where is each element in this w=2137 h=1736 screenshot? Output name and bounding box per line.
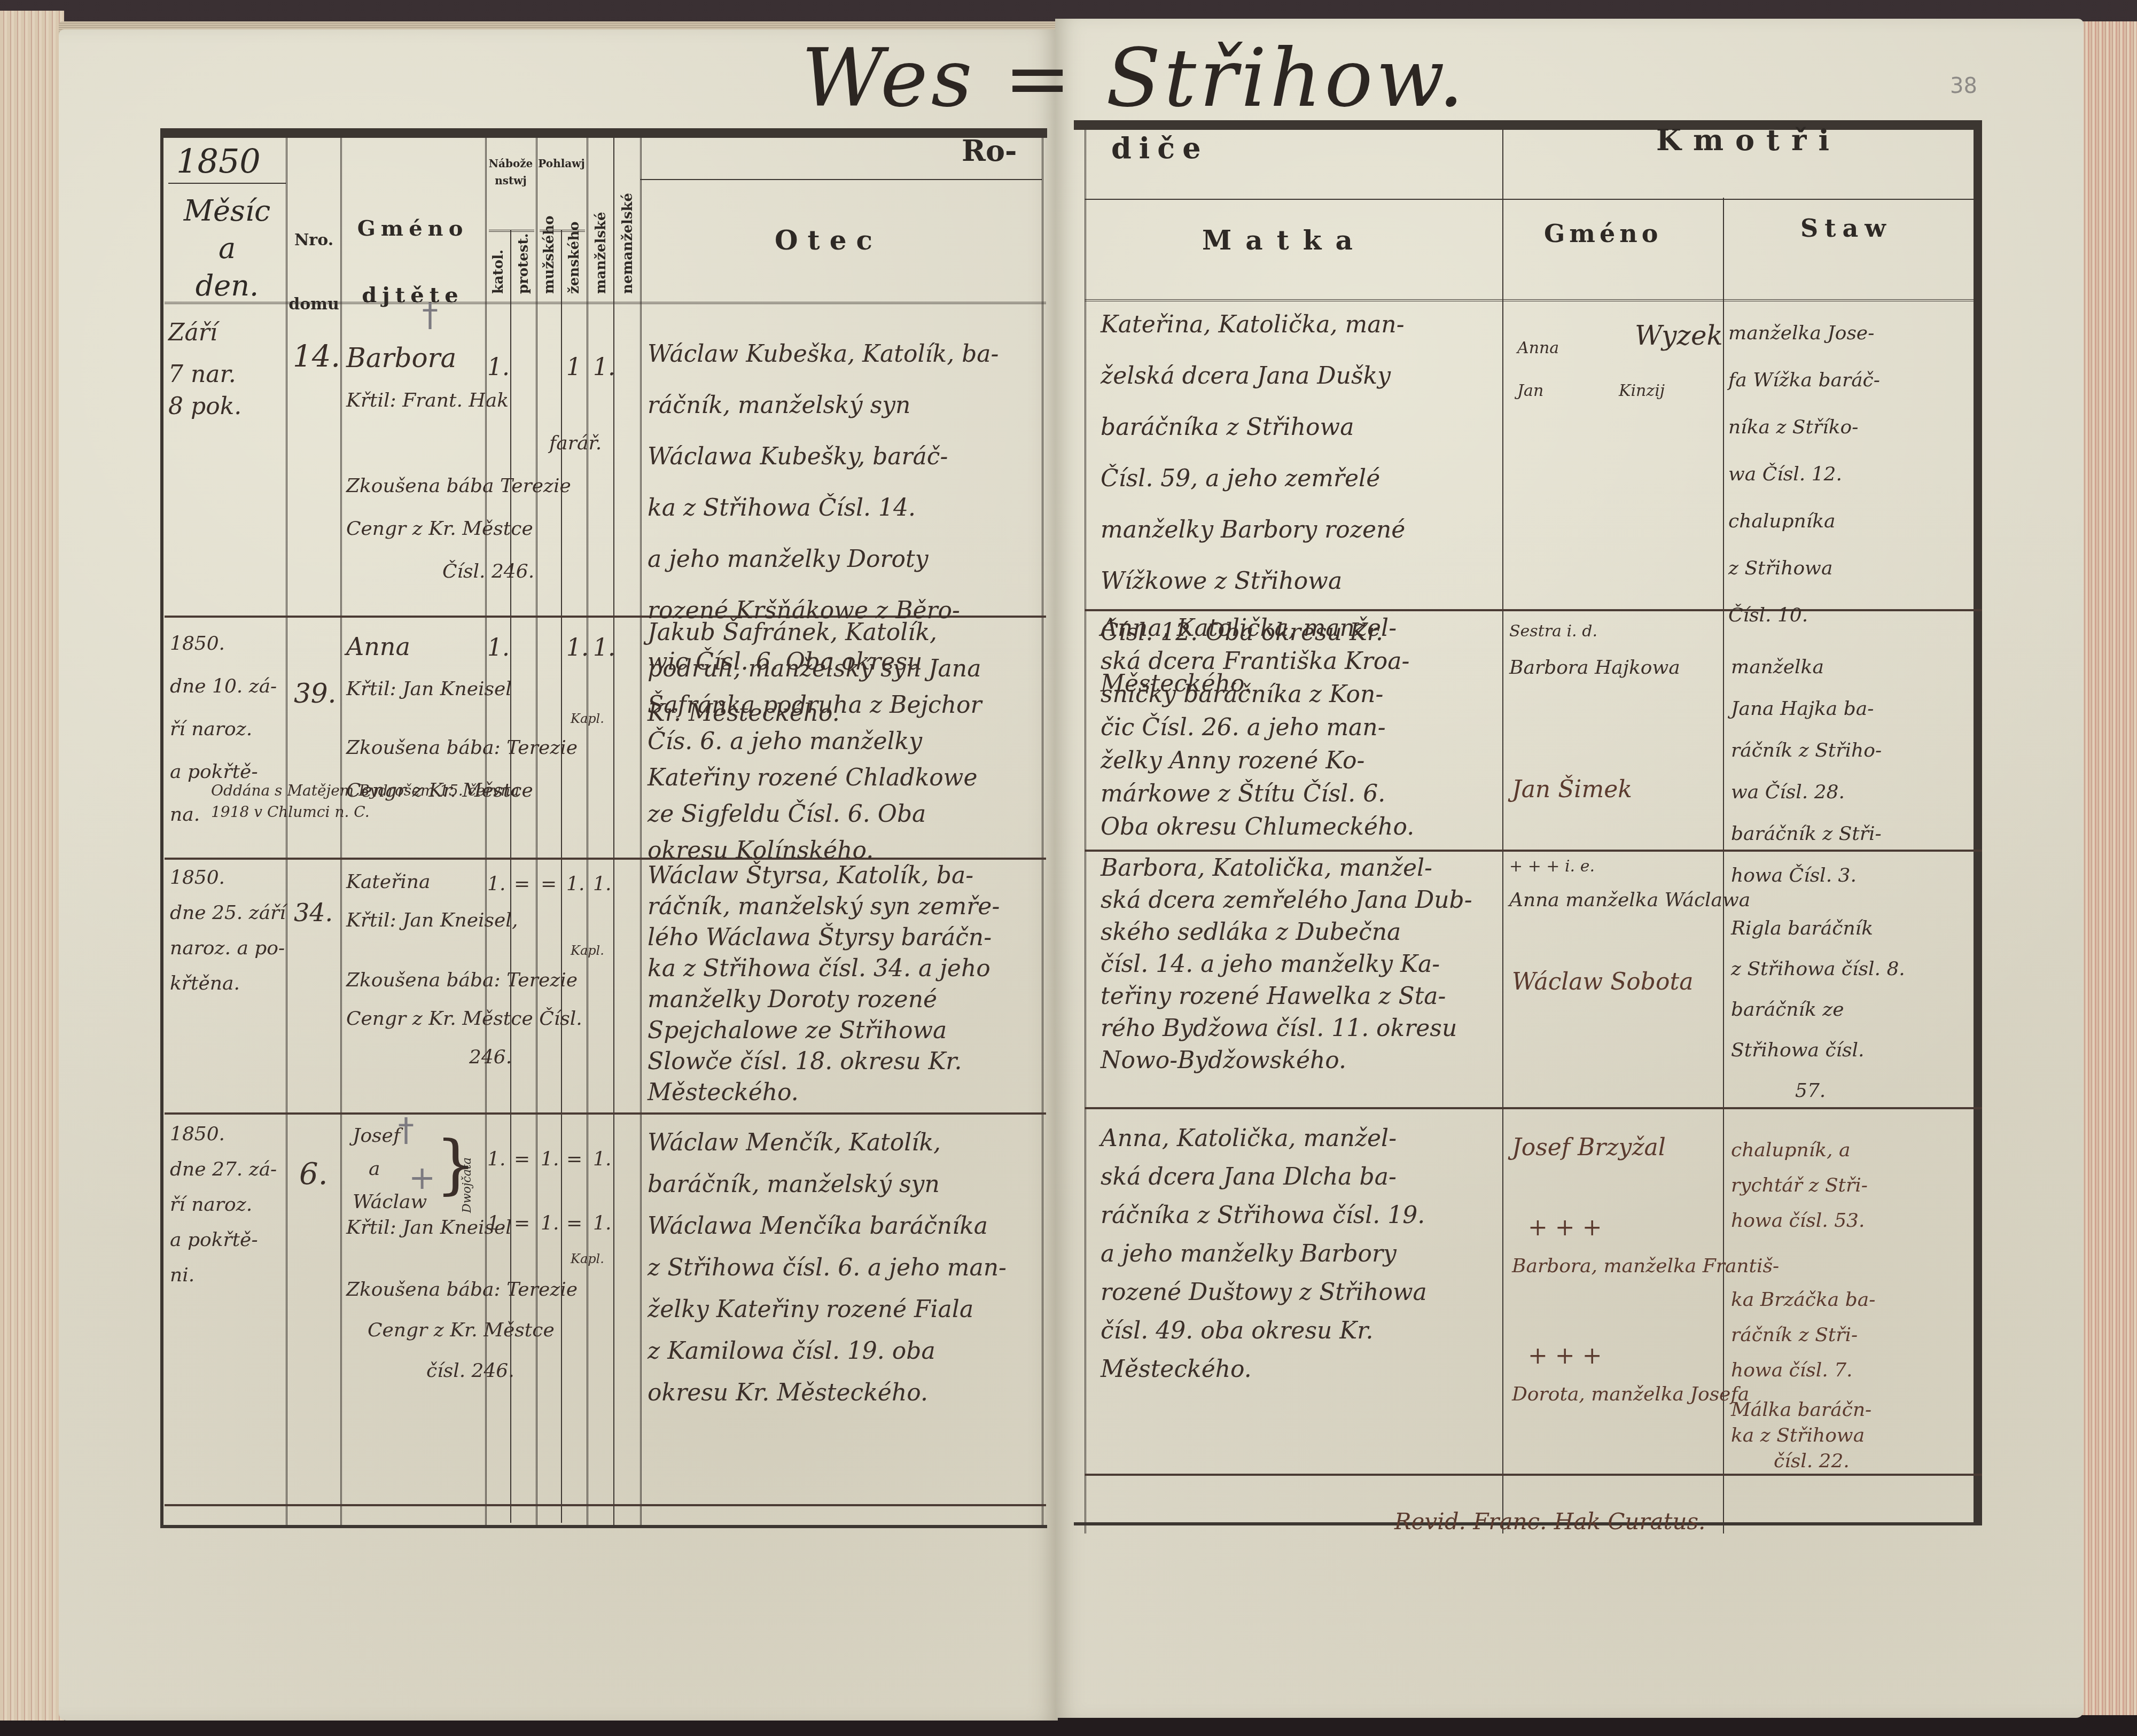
mark: =	[514, 1192, 530, 1256]
status-line: čísl. 22.	[1731, 1449, 1871, 1474]
child-line: Křtil: Jan Kneisel,	[346, 901, 604, 940]
status-line: z Střihowa čísl. 8.	[1731, 949, 1905, 990]
entry-2-mark-katol: 1.	[487, 622, 510, 674]
child-line: Zkoušena bába: Terezie	[346, 961, 604, 1000]
child-line: Křtil: Jan Kneisel	[346, 668, 604, 711]
father-line: z Kamilowa čísl. 19. oba	[648, 1330, 1007, 1372]
status-line: wa Čísl. 28.	[1731, 772, 1882, 813]
date-line: ni.	[170, 1258, 277, 1293]
father-line: Wáclawa Menčíka baráčníka	[648, 1205, 1007, 1247]
father-line: Wáclaw Kubeška, Katolík, ba-	[648, 329, 999, 380]
header-divider	[1085, 199, 1982, 200]
status-line: Málka baráčn-	[1731, 1397, 1871, 1423]
father-line: a jeho manželky Doroty	[648, 534, 999, 585]
entry-1-godparent-surname: Wyzek	[1635, 310, 1723, 361]
mother-line: čísl. 14. a jeho manželky Ka-	[1101, 948, 1472, 980]
header-text: Měsíc	[174, 192, 280, 230]
header-godparent-name: Gméno	[1544, 219, 1662, 248]
child-line: Čísl. 246.	[346, 550, 602, 593]
mother-line: Anna, Katolička, manžel-	[1101, 612, 1414, 645]
entry-4-father: Wáclaw Menčík, Katolík, baráčník, manžel…	[648, 1122, 1007, 1414]
entry-4-godparent-status-1: chalupník, a rychtář z Stři- howa čísl. …	[1731, 1133, 1868, 1239]
father-line: Šafránka podruha z Bejchor	[648, 687, 982, 723]
entry-4-mark-protest: = =	[514, 1127, 530, 1256]
mother-line: ská dcera Jana Dlcha ba-	[1101, 1158, 1427, 1196]
status-line: baráčník ze	[1731, 990, 1905, 1030]
child-line: Kapl.	[346, 1248, 604, 1270]
entry-2-father: Jakub Šafránek, Katolík, podruh, manžels…	[648, 614, 982, 869]
father-line: podruh, manželský syn Jana	[648, 651, 982, 687]
child-line: farář.	[346, 422, 602, 465]
entry-3-mark-manz: 1.	[593, 863, 611, 906]
entry-separator	[165, 1112, 1046, 1115]
child-line: Křtil: Frant. Hak	[346, 379, 602, 422]
entry-4-mark-muz: 1. 1.	[541, 1127, 559, 1256]
date-line: naroz. a po-	[170, 931, 286, 966]
header-parents-left: Ro-	[962, 134, 1017, 168]
mother-line: sničky baráčníka z Kon-	[1101, 678, 1414, 711]
status-line: fa Wížka baráč-	[1728, 357, 1880, 404]
mother-line: želská dcera Jana Dušky	[1101, 351, 1405, 402]
header-child-name: Gméno djtěte	[342, 195, 483, 329]
child-line: Kapl.	[346, 940, 604, 961]
entry-2-mother: Anna, Katolička, manžel- ská dcera Frant…	[1101, 612, 1414, 844]
status-line: níka z Stříko-	[1728, 404, 1880, 451]
status-line: chalupníka	[1728, 498, 1880, 545]
father-line: Spejchalowe ze Střihowa	[648, 1015, 1000, 1046]
father-line: Kateřiny rozené Chladkowe	[648, 760, 982, 796]
entry-4-twins-label: Dwojčata	[461, 1122, 474, 1213]
header-godparent-status: Staw	[1800, 214, 1892, 243]
father-line: Wáclaw Štyrsa, Katolík, ba-	[648, 860, 1000, 891]
page-title-place: Střihow.	[1106, 32, 1467, 125]
father-line: Slowče čísl. 18. okresu Kr.	[648, 1046, 1000, 1077]
entry-1-mark-katol: 1.	[487, 342, 510, 393]
entry-1-house: 14.	[293, 331, 340, 383]
child-line: Cengr z Kr. Městce Čísl.	[346, 1000, 604, 1038]
date-line: 1850.	[170, 622, 277, 665]
header-divider	[640, 179, 1042, 180]
header-catholic: katol.	[490, 240, 506, 294]
header-date-label: Měsíc a den.	[174, 192, 280, 305]
father-line: z Střihowa čísl. 6. a jeho man-	[648, 1247, 1007, 1289]
child-name: Josef	[353, 1119, 427, 1153]
column-divider	[1723, 198, 1724, 1533]
header-legitimate: manželské	[593, 224, 609, 294]
date-line: 1850.	[170, 860, 286, 896]
mother-line: čísl. 49. oba okresu Kr.	[1101, 1312, 1427, 1350]
mother-line: Anna, Katolička, manžel-	[1101, 1119, 1427, 1158]
mother-line: Nowo-Bydžowského.	[1101, 1045, 1472, 1077]
mark: 1.	[541, 1192, 559, 1256]
column-divider	[1502, 128, 1503, 1533]
mark: =	[566, 1127, 582, 1192]
entry-1-godparent-first-2: Jan	[1517, 374, 1543, 408]
entry-4-child-details: Křtil: Jan Kneisel Kapl. Zkoušena bába: …	[346, 1208, 604, 1391]
child-line: Cengr z Kr. Městce	[346, 508, 602, 550]
mother-line: ská dcera Františka Kroa-	[1101, 645, 1414, 678]
entry-3-godparent-1: Anna manželka Wáclawa	[1509, 879, 1750, 922]
father-line: ráčník, manželský syn zemře-	[648, 891, 1000, 922]
mother-line: Čísl. 59, a jeho zemřelé	[1101, 453, 1405, 504]
mother-line: Barbora, Katolička, manžel-	[1101, 852, 1472, 884]
header-illegitimate: nemanželské	[620, 214, 636, 294]
entry-4-house: 6.	[299, 1149, 327, 1200]
mother-line: márkowe z Štítu Čísl. 6.	[1101, 777, 1414, 811]
child-name: Barbora	[346, 337, 602, 379]
header-text: Gméno	[342, 195, 483, 262]
date-line: Září	[168, 307, 241, 359]
entry-3-date: 1850. dne 25. září naroz. a po- křtěna.	[170, 860, 286, 1001]
entry-3-mark-zen: 1.	[566, 863, 584, 906]
entry-2-mark-manz: 1.	[593, 622, 615, 674]
entry-4-godparent-3: Dorota, manželka Josefa	[1512, 1373, 1749, 1416]
page-title-village: Wes =	[801, 32, 1074, 125]
status-line: Střihowa čísl.	[1731, 1030, 1905, 1071]
status-line: ka z Střihowa	[1731, 1423, 1871, 1449]
entry-3-mark-protest: =	[514, 863, 530, 906]
entry-1-date: Září 7 nar. 8 pok.	[168, 307, 241, 423]
status-line: chalupník, a	[1731, 1133, 1868, 1168]
status-line: wa Čísl. 12.	[1728, 451, 1880, 498]
child-line: Zkoušena bába: Terezie	[346, 1270, 604, 1310]
status-line: howa čísl. 7.	[1731, 1353, 1875, 1388]
date-line: křtěna.	[170, 966, 286, 1001]
child-line: Zkoušena bába: Terezie	[346, 727, 604, 769]
page-number: 38	[1950, 74, 1977, 98]
entry-4-godparent-status-3: Málka baráčn- ka z Střihowa čísl. 22.	[1731, 1397, 1871, 1474]
date-line: ří naroz.	[170, 1187, 277, 1223]
status-line: rychtář z Stři-	[1731, 1168, 1868, 1203]
header-year: 1850	[176, 142, 261, 181]
status-line: ráčník z Střiho-	[1731, 730, 1882, 772]
mother-line: rého Bydžowa čísl. 11. okresu	[1101, 1013, 1472, 1045]
child-line: Kapl.	[346, 711, 604, 727]
child-name: Kateřina	[346, 863, 604, 901]
mother-line: rozené Duštowy z Střihowa	[1101, 1273, 1427, 1312]
status-line: z Střihowa	[1728, 545, 1880, 592]
entry-4-mother: Anna, Katolička, manžel- ská dcera Jana …	[1101, 1119, 1427, 1389]
header-godparents: Kmotři	[1656, 123, 1841, 157]
header-female: ženského	[566, 235, 582, 294]
header-text: domu	[288, 273, 339, 337]
status-line: manželka Jose-	[1728, 310, 1880, 357]
header-text: a	[174, 230, 280, 267]
entry-4-child-names: Josef a Wáclaw	[353, 1119, 427, 1219]
mother-line: Wížkowe z Střihowa	[1101, 556, 1405, 607]
entry-1-mark-zen: 1	[566, 342, 581, 393]
header-text: djtěte	[342, 262, 483, 329]
date-line: dne 27. zá-	[170, 1152, 277, 1187]
father-line: lého Wáclawa Štyrsy baráčn-	[648, 922, 1000, 953]
father-line: Čís. 6. a jeho manželky	[648, 723, 982, 760]
entry-3-house: 34.	[294, 887, 333, 938]
mother-line: ského sedláka z Dubečna	[1101, 916, 1472, 948]
header-protestant: protest.	[516, 240, 532, 294]
deceased-cross-mark: †	[422, 297, 438, 334]
child-line: a	[353, 1153, 427, 1186]
entry-1-child: Barbora Křtil: Frant. Hak farář. Zkoušen…	[346, 337, 602, 593]
mother-line: Kateřina, Katolička, man-	[1101, 299, 1405, 351]
father-line: Městeckého.	[648, 1077, 1000, 1108]
entry-2-marriage-annotation: Oddána s Matějem Bydrošem 15. června 191…	[211, 780, 519, 823]
header-parents-right: diče	[1111, 131, 1208, 165]
date-line: 1850.	[170, 1117, 277, 1152]
entry-1-godparent-status: manželka Jose- fa Wížka baráč- níka z St…	[1728, 310, 1880, 639]
date-line: ří naroz.	[170, 708, 277, 751]
header-divider	[489, 230, 534, 232]
annotation-line: Oddána s Matějem Bydrošem 15. června	[211, 780, 519, 801]
entry-4-date: 1850. dne 27. zá- ří naroz. a pokřtě- ni…	[170, 1117, 277, 1293]
mother-line: manželky Barbory rozené	[1101, 504, 1405, 556]
mark: 1.	[593, 1192, 611, 1256]
status-line: ráčník z Stři-	[1731, 1318, 1875, 1353]
child-name: Anna	[346, 625, 604, 668]
page-stack-left	[0, 11, 64, 1721]
date-line: 8 pok.	[168, 391, 241, 423]
entry-4-mark-manz: 1. 1.	[593, 1127, 611, 1256]
status-line: ka Brzáčka ba-	[1731, 1282, 1875, 1318]
status-line: 57.	[1731, 1071, 1905, 1111]
header-religion: Náboženstwj	[486, 155, 535, 189]
father-line: ka z Střihowa Čísl. 14.	[648, 482, 999, 534]
date-line: 7 nar.	[168, 359, 241, 391]
entry-2-house: 39.	[294, 668, 337, 719]
entry-2-godparent-note: Sestra i. d.	[1509, 614, 1597, 649]
entry-2-godparent-status: manželka Jana Hajka ba- ráčník z Střiho-…	[1731, 647, 1882, 897]
mother-line: teřiny rozené Hawelka z Sta-	[1101, 980, 1472, 1013]
date-line: dne 10. zá-	[170, 665, 277, 708]
entry-3-godparent-2: Wáclaw Sobota	[1512, 956, 1693, 1008]
mother-line: Městeckého.	[1101, 1350, 1427, 1389]
mark: =	[566, 1192, 582, 1256]
header-house-number: Nro. domu	[288, 208, 339, 337]
status-line: howa Čísl. 3.	[1731, 855, 1882, 897]
child-line: 246.	[346, 1038, 604, 1077]
status-line: Jana Hajka ba-	[1731, 688, 1882, 730]
column-divider	[640, 138, 642, 1527]
father-line: ze Sigfeldu Čísl. 6. Oba	[648, 796, 982, 832]
column-divider	[1085, 128, 1086, 1533]
header-father: Otec	[775, 224, 882, 256]
entry-separator	[165, 1504, 1046, 1506]
mark: 1.	[541, 1127, 559, 1192]
status-line: manželka	[1731, 647, 1882, 688]
header-divider	[168, 183, 286, 184]
entry-1-godparent-first: Anna	[1517, 331, 1559, 365]
status-line: baráčník z Stři-	[1731, 813, 1882, 855]
page-stack-right	[2078, 21, 2137, 1715]
child-line: Cengr z Kr. Městce	[346, 1310, 604, 1351]
entry-4-mark-zen: = =	[566, 1127, 582, 1256]
entry-2-mark-zen: 1.	[566, 622, 589, 674]
mark: 1.	[487, 1127, 505, 1192]
entry-3-mark-katol: 1.	[487, 863, 505, 906]
entry-1-mark-manz: 1.	[593, 342, 615, 393]
entry-1-godparent-surname-2: Kinzij	[1619, 374, 1665, 408]
father-line: okresu Kr. Městeckého.	[648, 1372, 1007, 1414]
father-line: baráčník, manželský syn	[648, 1164, 1007, 1205]
status-line: Čísl. 10.	[1728, 592, 1880, 639]
entry-3-mother: Barbora, Katolička, manžel- ská dcera ze…	[1101, 852, 1472, 1077]
header-sex: Pohlawj	[537, 155, 586, 172]
mother-line: ská dcera zemřelého Jana Dub-	[1101, 884, 1472, 916]
mother-line: čic Čísl. 26. a jeho man-	[1101, 711, 1414, 744]
header-male: mužského	[541, 235, 557, 294]
mother-line: baráčníka z Střihowa	[1101, 402, 1405, 453]
header-text: den.	[174, 267, 280, 305]
mother-line: ráčníka z Střihowa čísl. 19.	[1101, 1196, 1427, 1235]
column-divider	[340, 138, 342, 1527]
father-line: Wáclaw Menčík, Katolík,	[648, 1122, 1007, 1164]
status-line: howa čísl. 53.	[1731, 1203, 1868, 1239]
entry-3-mark-muz: =	[541, 863, 557, 906]
column-divider	[1042, 138, 1043, 1527]
entry-4-godparent-2: Barbora, manželka Františ-	[1512, 1245, 1779, 1288]
child-line: Křtil: Jan Kneisel	[346, 1208, 604, 1248]
father-line: želky Kateřiny rozené Fiala	[648, 1289, 1007, 1330]
header-text: Nro.	[288, 208, 339, 273]
mother-line: a jeho manželky Barbory	[1101, 1235, 1427, 1273]
entry-4-mark-katol: 1. 1.	[487, 1127, 505, 1256]
annotation-line: 1918 v Chlumci n. C.	[211, 801, 519, 823]
father-line: Wáclawa Kubešky, baráč-	[648, 431, 999, 482]
entry-3-child: Kateřina Křtil: Jan Kneisel, Kapl. Zkouš…	[346, 863, 604, 1077]
mark: =	[514, 1127, 530, 1192]
status-line: Rigla baráčník	[1731, 908, 1905, 949]
column-divider	[286, 138, 287, 1527]
mark: 1.	[593, 1127, 611, 1192]
mother-line: Oba okresu Chlumeckého.	[1101, 811, 1414, 844]
entry-4-godparent-1: Josef Brzyžal	[1512, 1122, 1666, 1173]
child-line: Zkoušena bába Terezie	[346, 465, 602, 508]
entry-2-godparent-1: Barbora Hajkowa	[1509, 647, 1680, 689]
mark: 1.	[487, 1192, 505, 1256]
father-line: ka z Střihowa čísl. 34. a jeho	[648, 953, 1000, 984]
father-line: manželky Doroty rozené	[648, 984, 1000, 1015]
entry-3-godparent-status: Rigla baráčník z Střihowa čísl. 8. baráč…	[1731, 908, 1905, 1111]
mother-line: želky Anny rozené Ko-	[1101, 744, 1414, 777]
header-mother: Matka	[1202, 224, 1367, 256]
father-line: ráčník, manželský syn	[648, 380, 999, 431]
entry-3-father: Wáclaw Štyrsa, Katolík, ba- ráčník, manž…	[648, 860, 1000, 1108]
date-line: dne 25. září	[170, 896, 286, 931]
entry-2-godparent-2: Jan Šimek	[1512, 764, 1632, 815]
date-line: a pokřtě-	[170, 1223, 277, 1258]
revision-signature: Revid. Franc. Hak Curatus.	[1394, 1496, 1705, 1547]
father-line: Jakub Šafránek, Katolík,	[648, 614, 982, 651]
entry-4-godparent-status-2: ka Brzáčka ba- ráčník z Stři- howa čísl.…	[1731, 1282, 1875, 1388]
child-line: čísl. 246.	[346, 1351, 604, 1391]
